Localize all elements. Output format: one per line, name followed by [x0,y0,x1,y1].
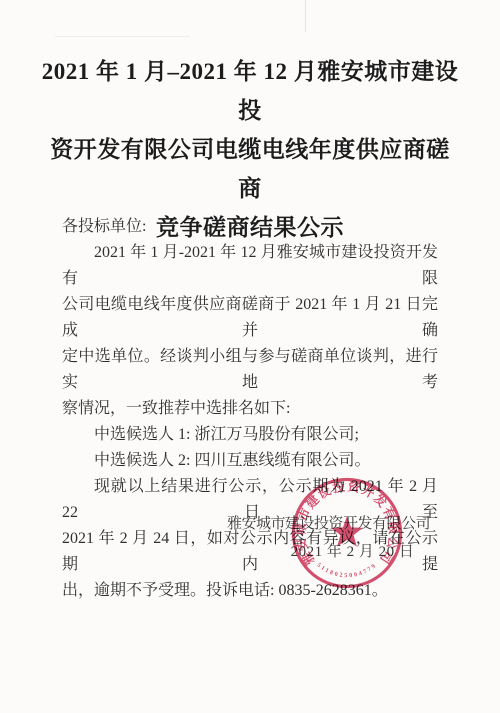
candidate-1: 中选候选人 1: 浙江万马股份有限公司; [62,422,438,448]
title-line-1: 2021 年 1 月–2021 年 12 月雅安城市建设投 [40,52,460,130]
star-icon [331,516,363,546]
seal-code-arc-text: 5118025004779 [316,562,379,579]
para1-line-4: 察情况，一致推荐中选排名如下: [62,396,438,422]
scan-artifact [55,36,190,37]
para1-line-1: 2021 年 1 月-2021 年 12 月雅安城市建设投资开发有限 [62,240,438,292]
candidate-2: 中选候选人 2: 四川互惠线缆有限公司。 [62,448,438,474]
paragraph-result: 2021 年 1 月-2021 年 12 月雅安城市建设投资开发有限 公司电缆电… [62,240,438,422]
scan-artifact [305,0,306,32]
document-page: 2021 年 1 月–2021 年 12 月雅安城市建设投 资开发有限公司电缆电… [0,0,500,713]
para1-line-2: 公司电缆电线年度供应商磋商于 2021 年 1 月 21 日完成并确 [62,292,438,344]
title-line-2: 资开发有限公司电缆电线年度供应商磋商 [40,130,460,208]
company-seal-stamp: 雅安城市建设投资开发有限公司 5118025004779 [288,474,406,592]
salutation: 各投标单位: [62,214,438,240]
para1-line-3: 定中选单位。经谈判小组与参与磋商单位谈判，进行实地考 [62,344,438,396]
